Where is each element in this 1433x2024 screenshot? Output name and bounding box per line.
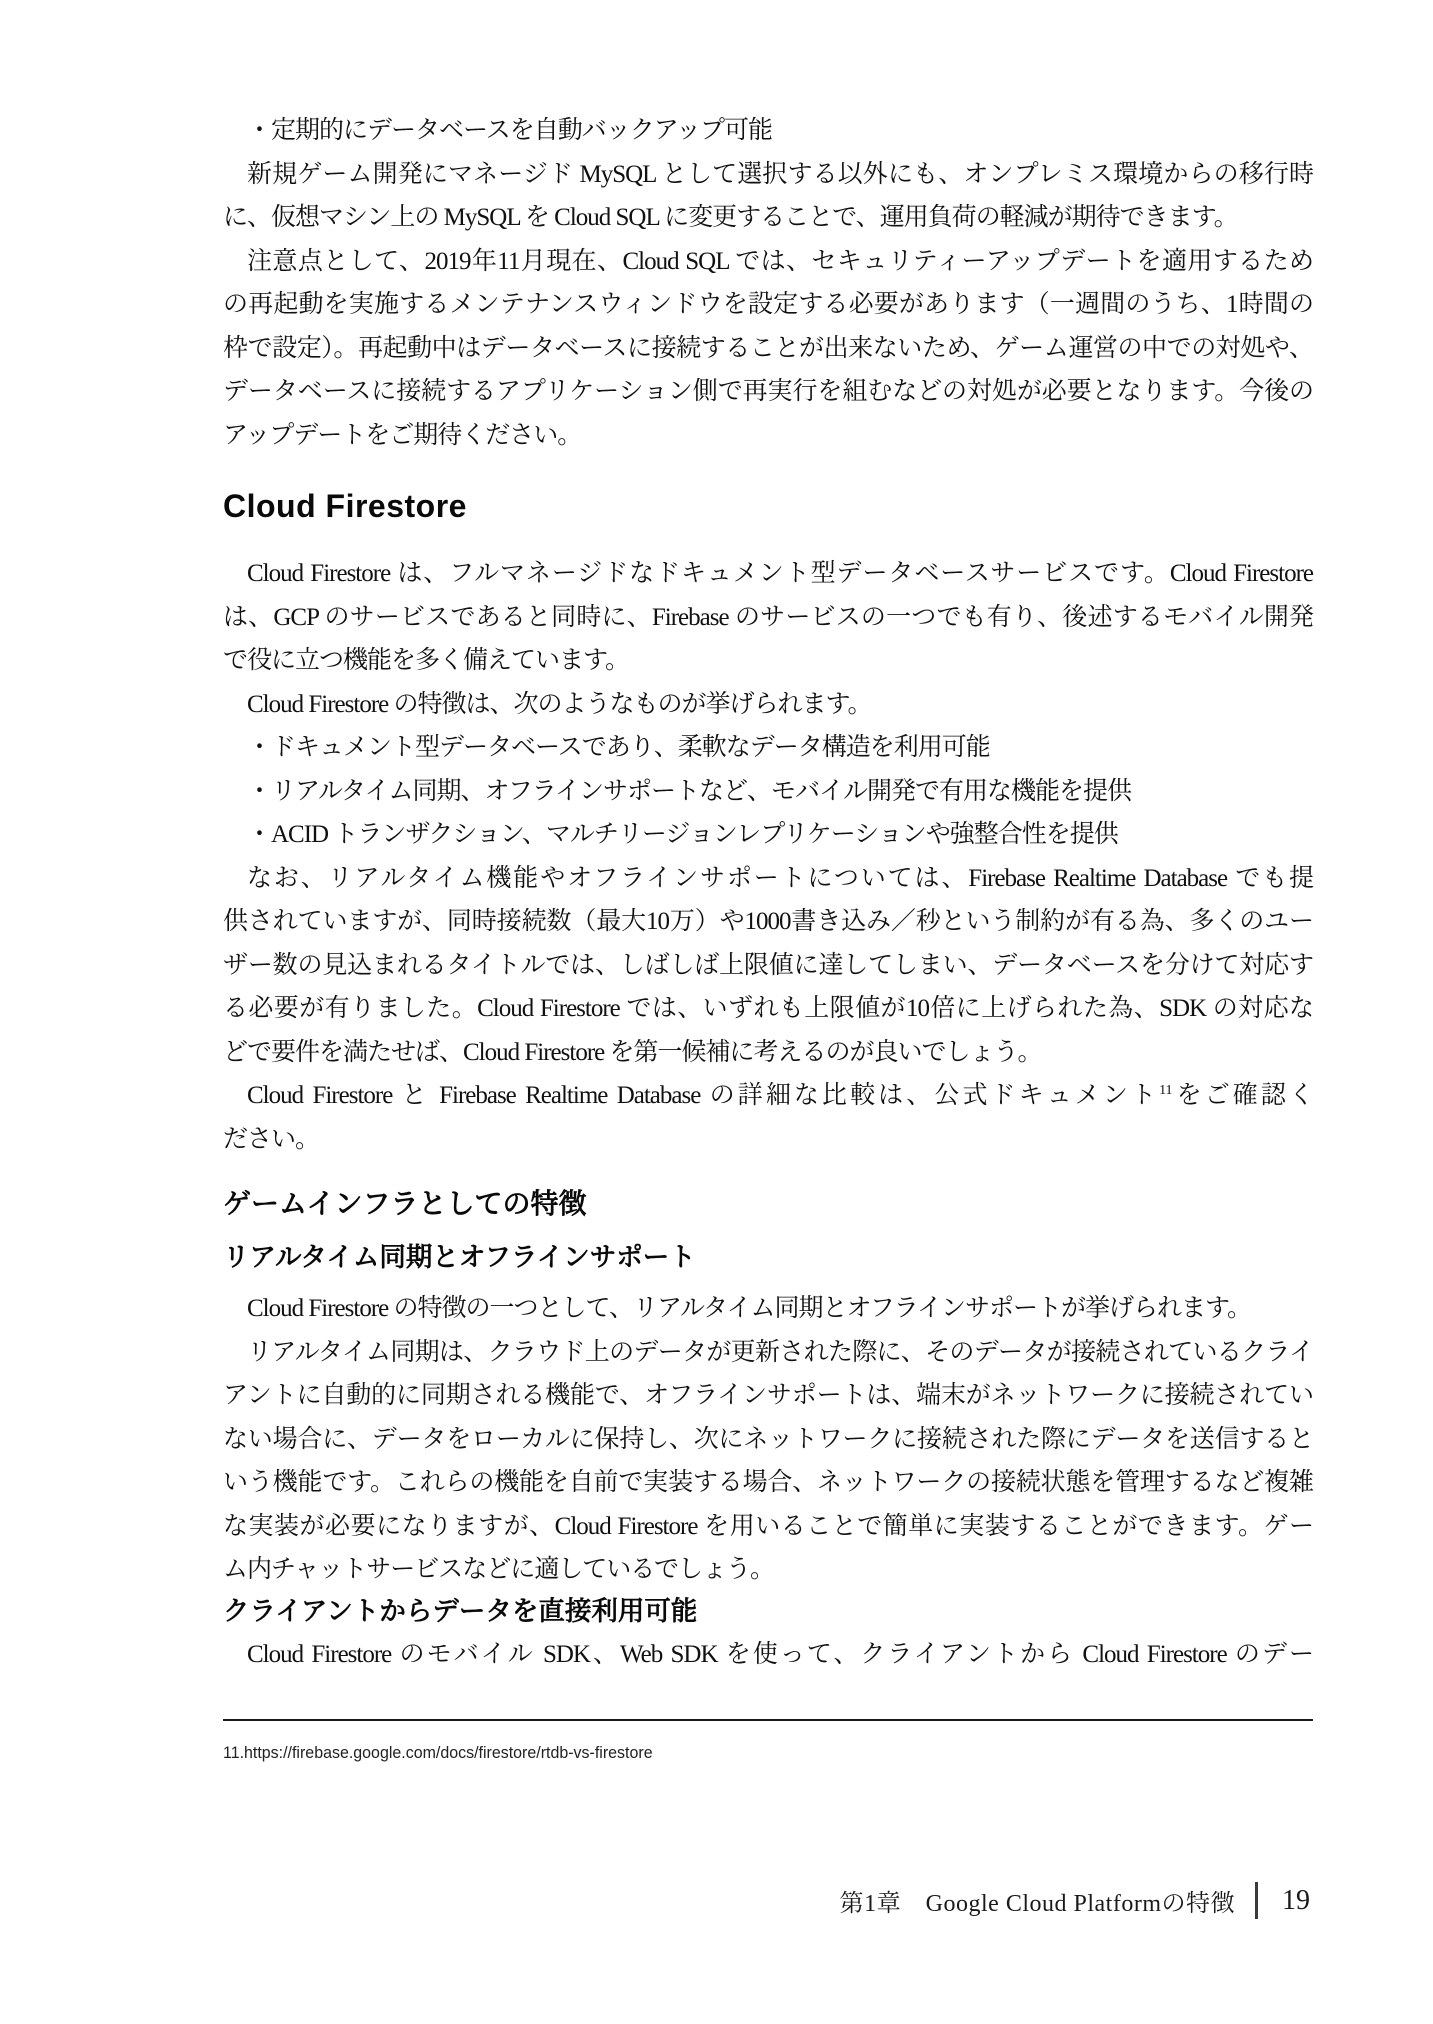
text-line: アントに自動的に同期される機能で、オフラインサポートは、端末がネットワークに接続… bbox=[223, 1374, 1313, 1418]
text-line: に、仮想マシン上の MySQL を Cloud SQL に変更することで、運用負… bbox=[223, 196, 1313, 240]
page-number: 19 bbox=[1282, 1885, 1310, 1917]
text-line: ・ドキュメント型データベースであり、柔軟なデータ構造を利用可能 bbox=[223, 726, 1313, 770]
page-footer: 第1章 Google Cloud Platformの特徴 19 bbox=[840, 1882, 1310, 1919]
section-heading: クライアントからデータを直接利用可能 bbox=[223, 1592, 1313, 1630]
text-line: Cloud Firestore のモバイル SDK、Web SDK を使って、ク… bbox=[223, 1633, 1313, 1677]
text-line: リアルタイム同期は、クラウド上のデータが更新された際に、そのデータが接続されてい… bbox=[223, 1331, 1313, 1375]
text-line: ・定期的にデータベースを自動バックアップ可能 bbox=[223, 109, 1313, 153]
text-line: ださい。 bbox=[223, 1118, 1313, 1162]
text-line: Cloud Firestore の特徴の一つとして、リアルタイム同期とオフライン… bbox=[223, 1287, 1313, 1331]
text-line: は、GCP のサービスであると同時に、Firebase のサービスの一つでも有り… bbox=[223, 596, 1313, 640]
text-line: アップデートをご期待ください。 bbox=[223, 414, 1313, 458]
text-line: ム内チャットサービスなどに適しているでしょう。 bbox=[223, 1548, 1313, 1592]
text-line: で役に立つ機能を多く備えています。 bbox=[223, 639, 1313, 683]
footnote-divider bbox=[223, 1719, 1313, 1721]
text-line: ない場合に、データをローカルに保持し、次にネットワークに接続された際にデータを送… bbox=[223, 1418, 1313, 1462]
text-line: な実装が必要になりますが、Cloud Firestore を用いることで簡単に実… bbox=[223, 1505, 1313, 1549]
text-line: ・ACID トランザクション、マルチリージョンレプリケーションや強整合性を提供 bbox=[223, 813, 1313, 857]
text-line: Cloud Firestore は、フルマネージドなドキュメント型データベースサ… bbox=[223, 552, 1313, 596]
text-line: 注意点として、2019年11月現在、Cloud SQL では、セキュリティーアッ… bbox=[223, 240, 1313, 284]
text-line: ザー数の見込まれるタイトルでは、しばしば上限値に達してしまい、データベースを分け… bbox=[223, 944, 1313, 988]
section-heading: ゲームインフラとしての特徴 bbox=[223, 1184, 1313, 1224]
text-line: 新規ゲーム開発にマネージド MySQL として選択する以外にも、オンプレミス環境… bbox=[223, 153, 1313, 197]
text-line: どで要件を満たせば、Cloud Firestore を第一候補に考えるのが良いで… bbox=[223, 1031, 1313, 1075]
text-line: の再起動を実施するメンテナンスウィンドウを設定する必要があります（一週間のうち、… bbox=[223, 283, 1313, 327]
section-heading: リアルタイム同期とオフラインサポート bbox=[223, 1238, 1313, 1276]
text-line: データベースに接続するアプリケーション側で再実行を組むなどの対処が必要となります… bbox=[223, 370, 1313, 414]
footnote-reference-mark: 11 bbox=[1159, 1083, 1172, 1098]
body-text-column: ・定期的にデータベースを自動バックアップ可能新規ゲーム開発にマネージド MySQ… bbox=[223, 0, 1313, 1764]
text-line: 枠で設定）。再起動中はデータベースに接続することが出来ないため、ゲーム運営の中で… bbox=[223, 327, 1313, 371]
text-line: 供されていますが、同時接続数（最大10万）や1000書き込み／秒という制約が有る… bbox=[223, 900, 1313, 944]
text-line: ・リアルタイム同期、オフラインサポートなど、モバイル開発で有用な機能を提供 bbox=[223, 770, 1313, 814]
text-line: なお、リアルタイム機能やオフラインサポートについては、Firebase Real… bbox=[223, 857, 1313, 901]
section-heading: Cloud Firestore bbox=[223, 485, 1313, 527]
text-line: いう機能です。これらの機能を自前で実装する場合、ネットワークの接続状態を管理する… bbox=[223, 1461, 1313, 1505]
text-line: る必要が有りました。Cloud Firestore では、いずれも上限値が10倍… bbox=[223, 987, 1313, 1031]
footnote-url: 11.https://firebase.google.com/docs/fire… bbox=[223, 1742, 1248, 1764]
footer-divider bbox=[1255, 1882, 1258, 1919]
text-line: Cloud Firestore と Firebase Realtime Data… bbox=[223, 1074, 1313, 1118]
footer-chapter-title: 第1章 Google Cloud Platformの特徴 bbox=[840, 1883, 1235, 1918]
book-page: ・定期的にデータベースを自動バックアップ可能新規ゲーム開発にマネージド MySQ… bbox=[0, 0, 1433, 2024]
text-blocks: ・定期的にデータベースを自動バックアップ可能新規ゲーム開発にマネージド MySQ… bbox=[223, 109, 1313, 1676]
text-line: Cloud Firestore の特徴は、次のようなものが挙げられます。 bbox=[223, 683, 1313, 727]
